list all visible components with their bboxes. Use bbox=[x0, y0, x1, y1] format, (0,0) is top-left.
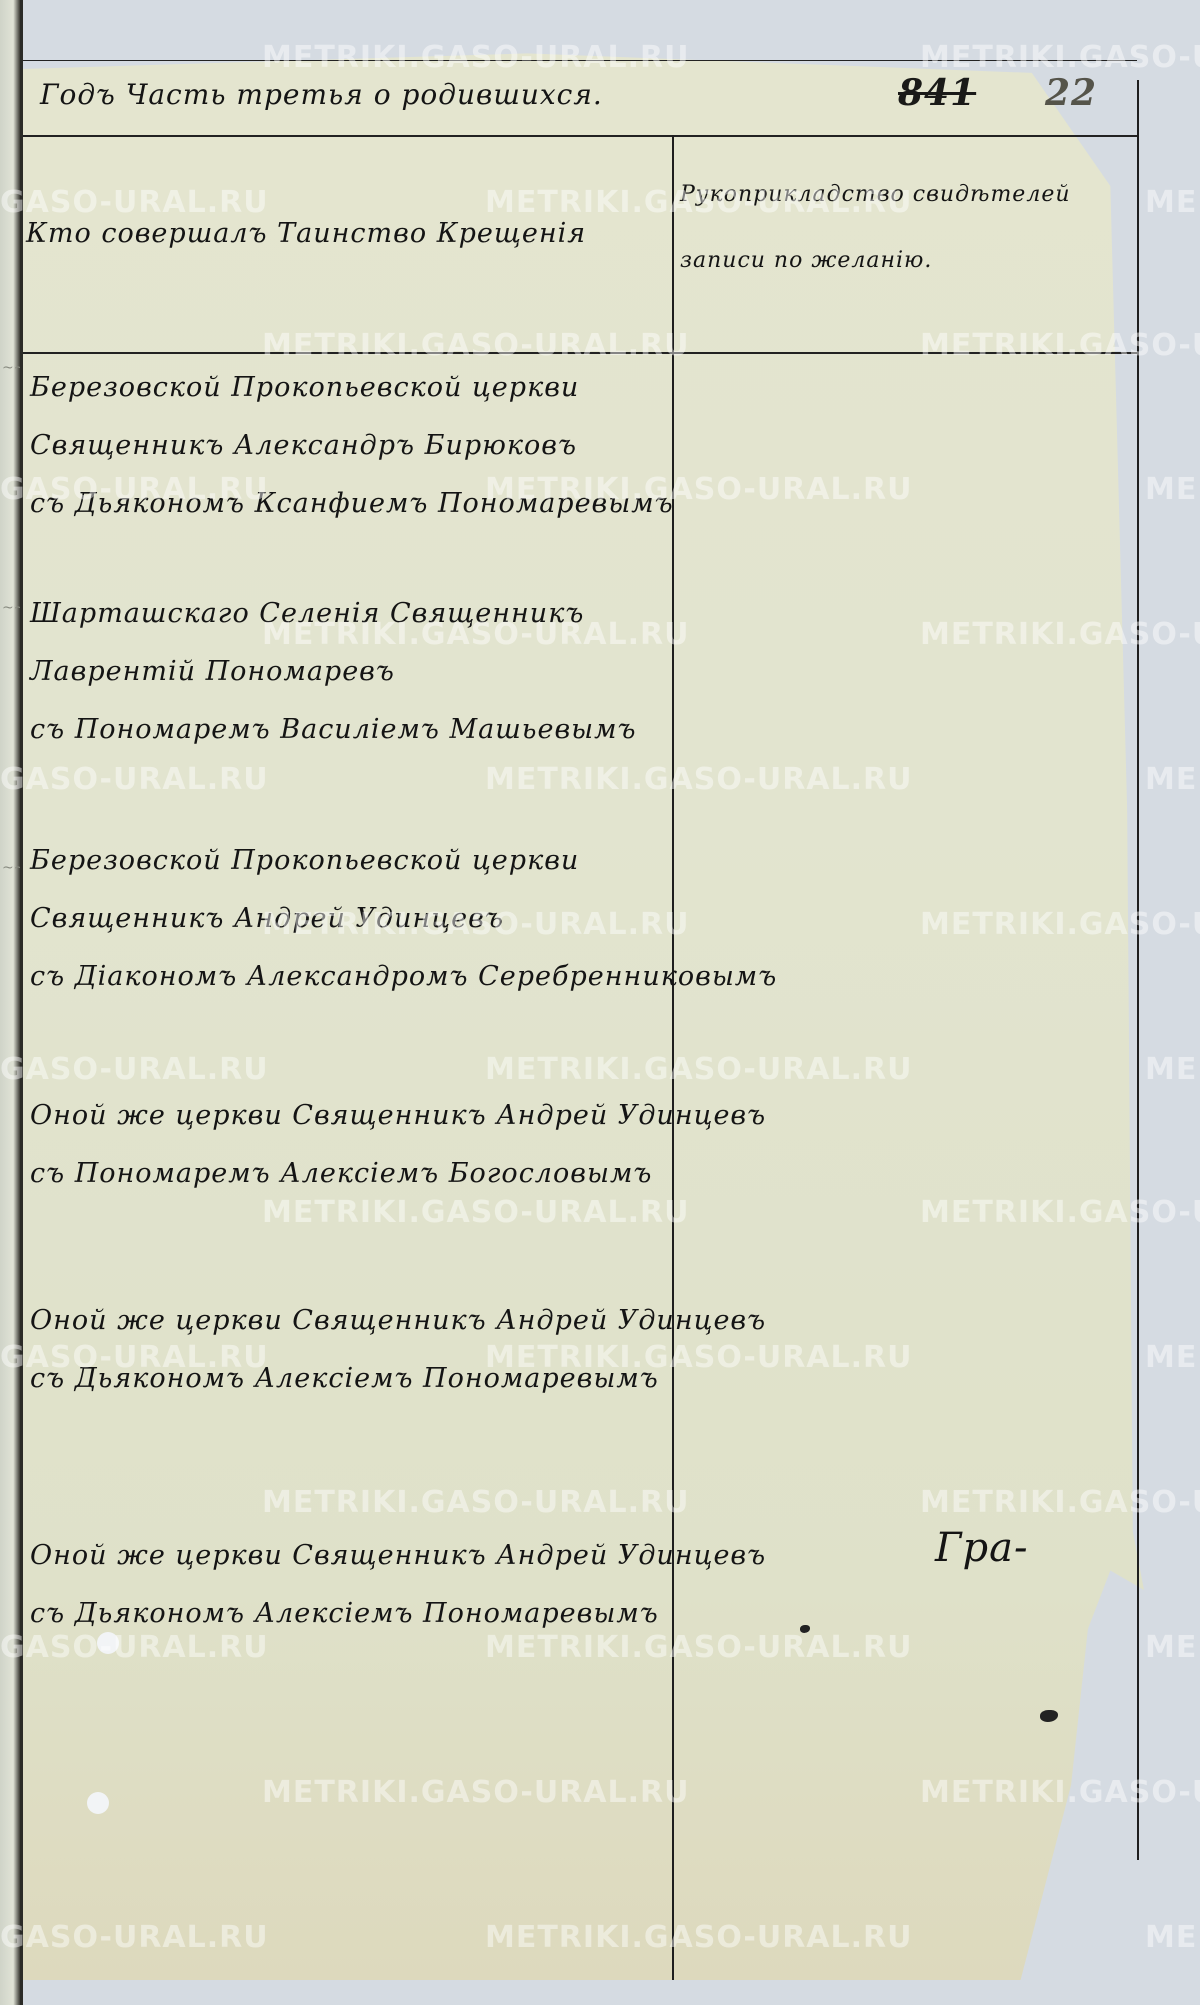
entry-line: Лаврентій Пономаревъ bbox=[30, 656, 637, 714]
watermark: METRIKI.GASO-U bbox=[920, 328, 1200, 363]
watermark: METRIKI.GASO-URAL.RU bbox=[262, 40, 690, 75]
watermark: METRIKI.GASO-URAL.RU bbox=[262, 1485, 690, 1520]
watermark: METRIKI.GASO-URAL.RU bbox=[262, 907, 690, 942]
entry-line: Оной же церкви Священникъ Андрей Удинцев… bbox=[30, 1540, 766, 1598]
watermark: GASO-URAL.RU bbox=[0, 1340, 269, 1375]
watermark: GASO-URAL.RU bbox=[0, 185, 269, 220]
watermark: ME bbox=[1145, 185, 1197, 220]
watermark: GASO-URAL.RU bbox=[0, 762, 269, 797]
watermark: ME bbox=[1145, 1052, 1197, 1087]
column-header-officiant: Кто совершалъ Таинство Крещенія bbox=[26, 218, 586, 249]
watermark: METRIKI.GASO-U bbox=[920, 617, 1200, 652]
watermark: GASO-URAL.RU bbox=[0, 1630, 269, 1665]
watermark: METRIKI.GASO-URAL.RU bbox=[485, 1052, 913, 1087]
folio-number-struck: 841 bbox=[898, 72, 976, 114]
watermark: GASO-URAL.RU bbox=[0, 472, 269, 507]
watermark: METRIKI.GASO-URAL.RU bbox=[485, 185, 913, 220]
watermark: METRIKI.GASO-U bbox=[920, 907, 1200, 942]
watermark: METRIKI.GASO-URAL.RU bbox=[485, 1630, 913, 1665]
watermark: METRIKI.GASO-URAL.RU bbox=[262, 328, 690, 363]
watermark: METRIKI.GASO-U bbox=[920, 1775, 1200, 1810]
register-section-title: Годъ Часть третья о родившихся. bbox=[40, 78, 603, 111]
binding-edge bbox=[20, 0, 23, 2005]
watermark: ME bbox=[1145, 1340, 1197, 1375]
witness-column-note: Гра- bbox=[935, 1525, 1028, 1571]
watermark: GASO-URAL.RU bbox=[0, 1920, 269, 1955]
entry-line: Оной же церкви Священникъ Андрей Удинцев… bbox=[30, 1100, 766, 1158]
watermark: METRIKI.GASO-URAL.RU bbox=[262, 617, 690, 652]
punch-hole bbox=[87, 1792, 109, 1814]
watermark: METRIKI.GASO-U bbox=[920, 1195, 1200, 1230]
watermark: METRIKI.GASO-U bbox=[920, 40, 1200, 75]
watermark: METRIKI.GASO-URAL.RU bbox=[485, 1340, 913, 1375]
watermark: METRIKI.GASO-URAL.RU bbox=[485, 762, 913, 797]
watermark: METRIKI.GASO-URAL.RU bbox=[485, 1920, 913, 1955]
watermark: ME bbox=[1145, 1920, 1197, 1955]
watermark: METRIKI.GASO-U bbox=[920, 1485, 1200, 1520]
watermark: GASO-URAL.RU bbox=[0, 1052, 269, 1087]
entry-line: Березовской Прокопьевской церкви bbox=[30, 845, 777, 903]
watermark: METRIKI.GASO-URAL.RU bbox=[262, 1195, 690, 1230]
adjacent-page-edge bbox=[0, 0, 22, 2005]
entry-line: Березовской Прокопьевской церкви bbox=[30, 372, 674, 430]
watermark: ME bbox=[1145, 472, 1197, 507]
header-rule bbox=[22, 135, 1139, 137]
watermark: ME bbox=[1145, 762, 1197, 797]
entry-line: съ Діакономъ Александромъ Серебренниковы… bbox=[30, 961, 777, 1019]
watermark: METRIKI.GASO-URAL.RU bbox=[485, 472, 913, 507]
register-entry-1: Березовской Прокопьевской церкви Священн… bbox=[30, 372, 674, 546]
folio-number: 22 bbox=[1045, 72, 1097, 114]
watermark: ME bbox=[1145, 1630, 1197, 1665]
column-header-witnesses-line2: записи по желанію. bbox=[680, 248, 932, 273]
watermark: METRIKI.GASO-URAL.RU bbox=[262, 1775, 690, 1810]
